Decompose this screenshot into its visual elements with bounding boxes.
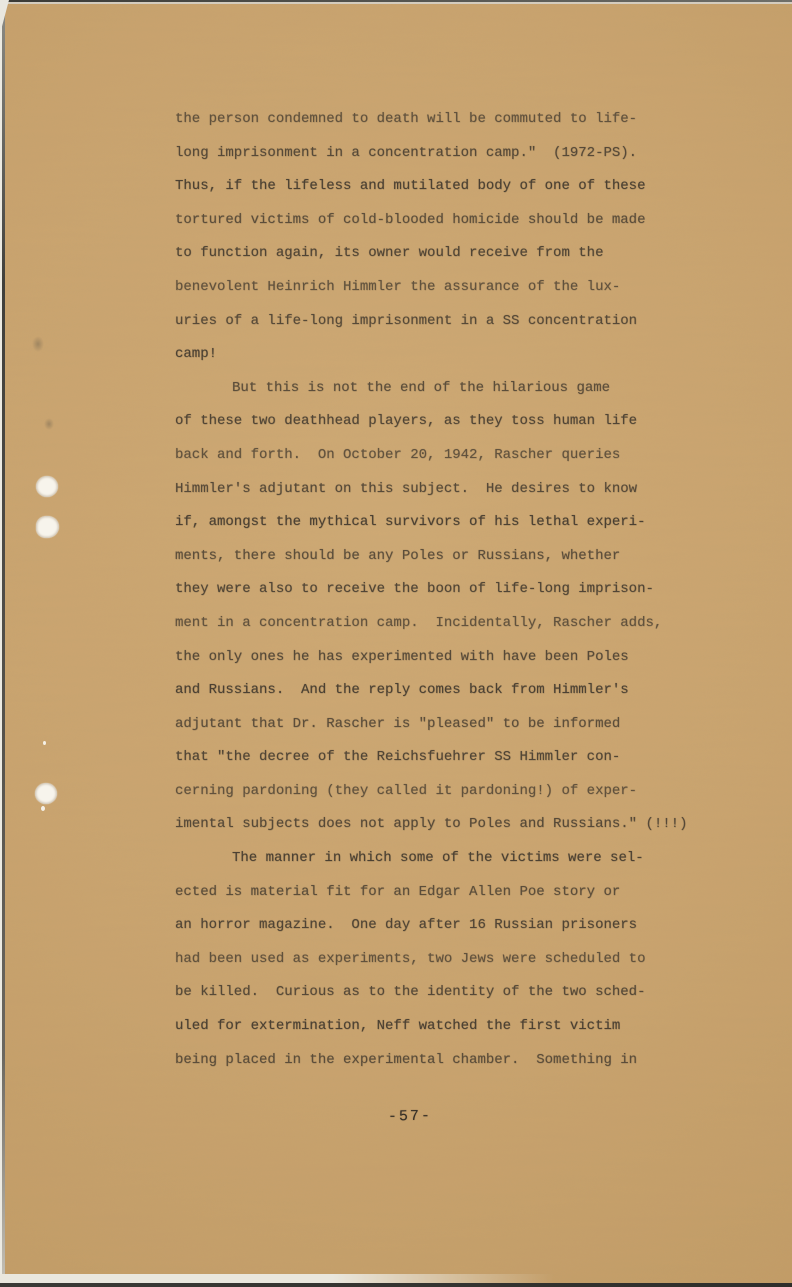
paragraph: But this is not the end of the hilarious…	[175, 372, 715, 842]
scan-edge-left-dark	[2, 0, 5, 1287]
smudge-mark	[44, 418, 54, 430]
text-line: and Russians. And the reply comes back f…	[175, 674, 715, 708]
text-line: that "the decree of the Reichsfuehrer SS…	[175, 741, 715, 775]
scan-edge-bottom-white	[0, 1274, 554, 1283]
text-line: adjutant that Dr. Rascher is "pleased" t…	[175, 708, 715, 742]
text-line: Himmler's adjutant on this subject. He d…	[175, 473, 715, 507]
text-line: if, amongst the mythical survivors of hi…	[175, 506, 715, 540]
text-line: back and forth. On October 20, 1942, Ras…	[175, 439, 715, 473]
text-line: But this is not the end of the hilarious…	[175, 372, 715, 406]
text-line: cerning pardoning (they called it pardon…	[175, 775, 715, 809]
paper-speck	[41, 806, 45, 811]
scan-edge-bottom-dark	[0, 1283, 792, 1287]
text-line: ment in a concentration camp. Incidental…	[175, 607, 715, 641]
text-line: Thus, if the lifeless and mutilated body…	[175, 170, 715, 204]
punch-hole	[36, 516, 59, 538]
text-line: uled for extermination, Neff watched the…	[175, 1010, 715, 1044]
scanned-page: the person condemned to death will be co…	[0, 0, 792, 1287]
text-line: of these two deathhead players, as they …	[175, 405, 715, 439]
text-line: uries of a life-long imprisonment in a S…	[175, 305, 715, 339]
text-line: an horror magazine. One day after 16 Rus…	[175, 909, 715, 943]
text-line: be killed. Curious as to the identity of…	[175, 976, 715, 1010]
text-line: The manner in which some of the victims …	[175, 842, 715, 876]
text-line: the only ones he has experimented with h…	[175, 641, 715, 675]
document-text: the person condemned to death will be co…	[175, 103, 715, 1077]
text-line: benevolent Heinrich Himmler the assuranc…	[175, 271, 715, 305]
text-line: they were also to receive the boon of li…	[175, 573, 715, 607]
scan-edge-top-light	[0, 2, 792, 4]
paragraph: the person condemned to death will be co…	[175, 103, 715, 372]
text-line: being placed in the experimental chamber…	[175, 1044, 715, 1078]
text-line: to function again, its owner would recei…	[175, 237, 715, 271]
punch-hole	[35, 783, 57, 804]
paper-speck	[43, 741, 46, 745]
text-line: imental subjects does not apply to Poles…	[175, 808, 715, 842]
text-line: the person condemned to death will be co…	[175, 103, 715, 137]
text-line: tortured victims of cold-blooded homicid…	[175, 204, 715, 238]
paragraph: The manner in which some of the victims …	[175, 842, 715, 1077]
text-line: ments, there should be any Poles or Russ…	[175, 540, 715, 574]
text-line: had been used as experiments, two Jews w…	[175, 943, 715, 977]
smudge-mark	[32, 336, 44, 352]
text-line: long imprisonment in a concentration cam…	[175, 137, 715, 171]
page-number: -57-	[150, 1103, 670, 1129]
punch-hole	[36, 476, 58, 497]
page-corner-sliver	[0, 0, 9, 34]
text-line: ected is material fit for an Edgar Allen…	[175, 876, 715, 910]
text-line: camp!	[175, 338, 715, 372]
